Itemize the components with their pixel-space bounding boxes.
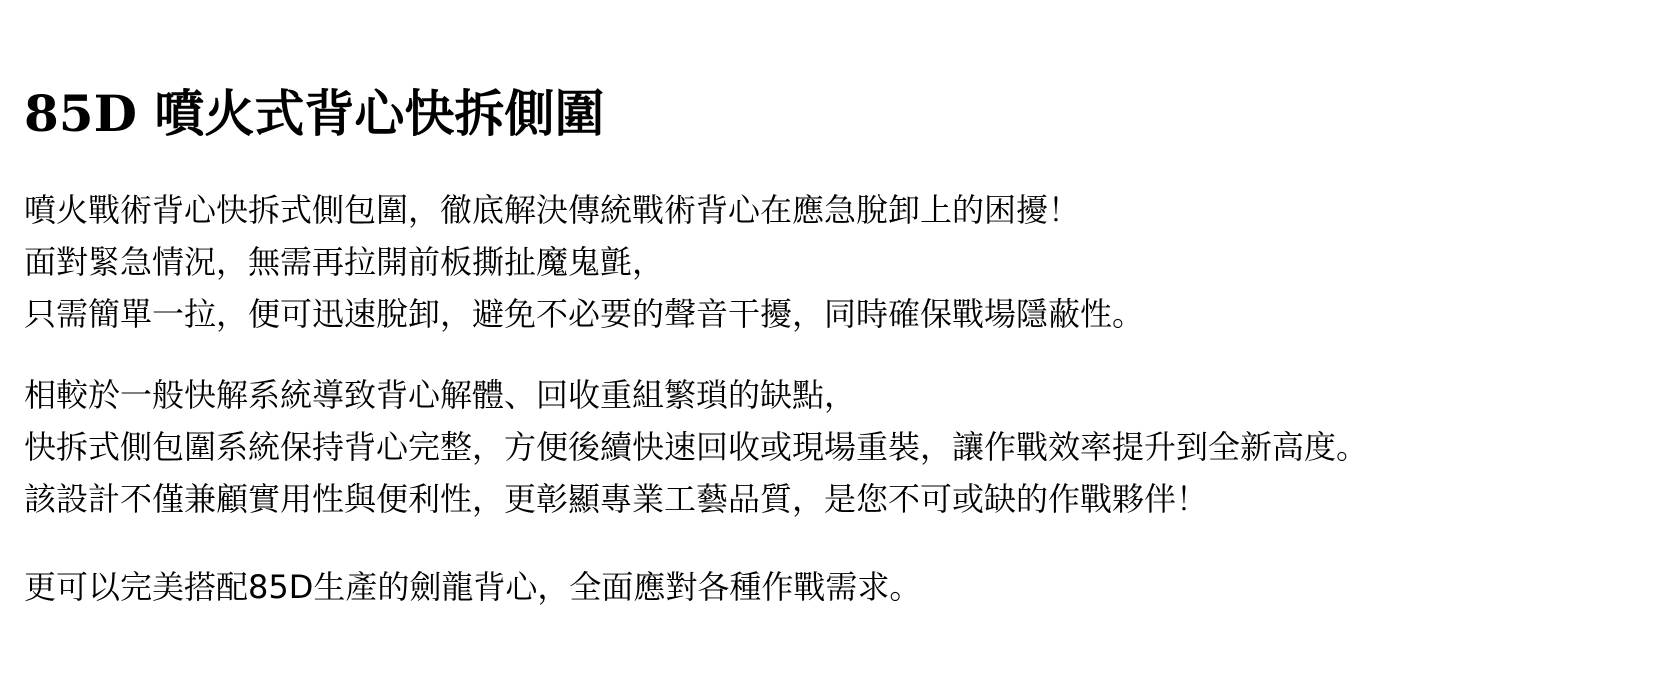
paragraph-line: 只需簡單一拉，便可迅速脫卸，避免不必要的聲音干擾，同時確保戰場隱蔽性。 xyxy=(24,288,1144,340)
page-title: 85D 噴火式背心快拆側圍 xyxy=(24,84,604,144)
paragraph-line: 快拆式側包圍系統保持背心完整，方便後續快速回收或現場重裝，讓作戰效率提升到全新高… xyxy=(24,421,1368,473)
paragraph-line: 噴火戰術背心快拆式側包圍，徹底解決傳統戰術背心在應急脫卸上的困擾！ xyxy=(24,184,1144,236)
paragraph-line: 面對緊急情況，無需再拉開前板撕扯魔鬼氈， xyxy=(24,236,1144,288)
comparison-paragraph: 相較於一般快解系統導致背心解體、回收重組繁瑣的缺點， 快拆式側包圍系統保持背心完… xyxy=(24,369,1368,525)
paragraph-line: 更可以完美搭配85D生產的劍龍背心，全面應對各種作戰需求。 xyxy=(24,561,921,613)
paragraph-line: 該設計不僅兼顧實用性與便利性，更彰顯專業工藝品質，是您不可或缺的作戰夥伴！ xyxy=(24,473,1368,525)
paragraph-line: 相較於一般快解系統導致背心解體、回收重組繁瑣的缺點， xyxy=(24,369,1368,421)
intro-paragraph: 噴火戰術背心快拆式側包圍，徹底解決傳統戰術背心在應急脫卸上的困擾！ 面對緊急情況… xyxy=(24,184,1144,340)
compatibility-paragraph: 更可以完美搭配85D生產的劍龍背心，全面應對各種作戰需求。 xyxy=(24,561,921,613)
